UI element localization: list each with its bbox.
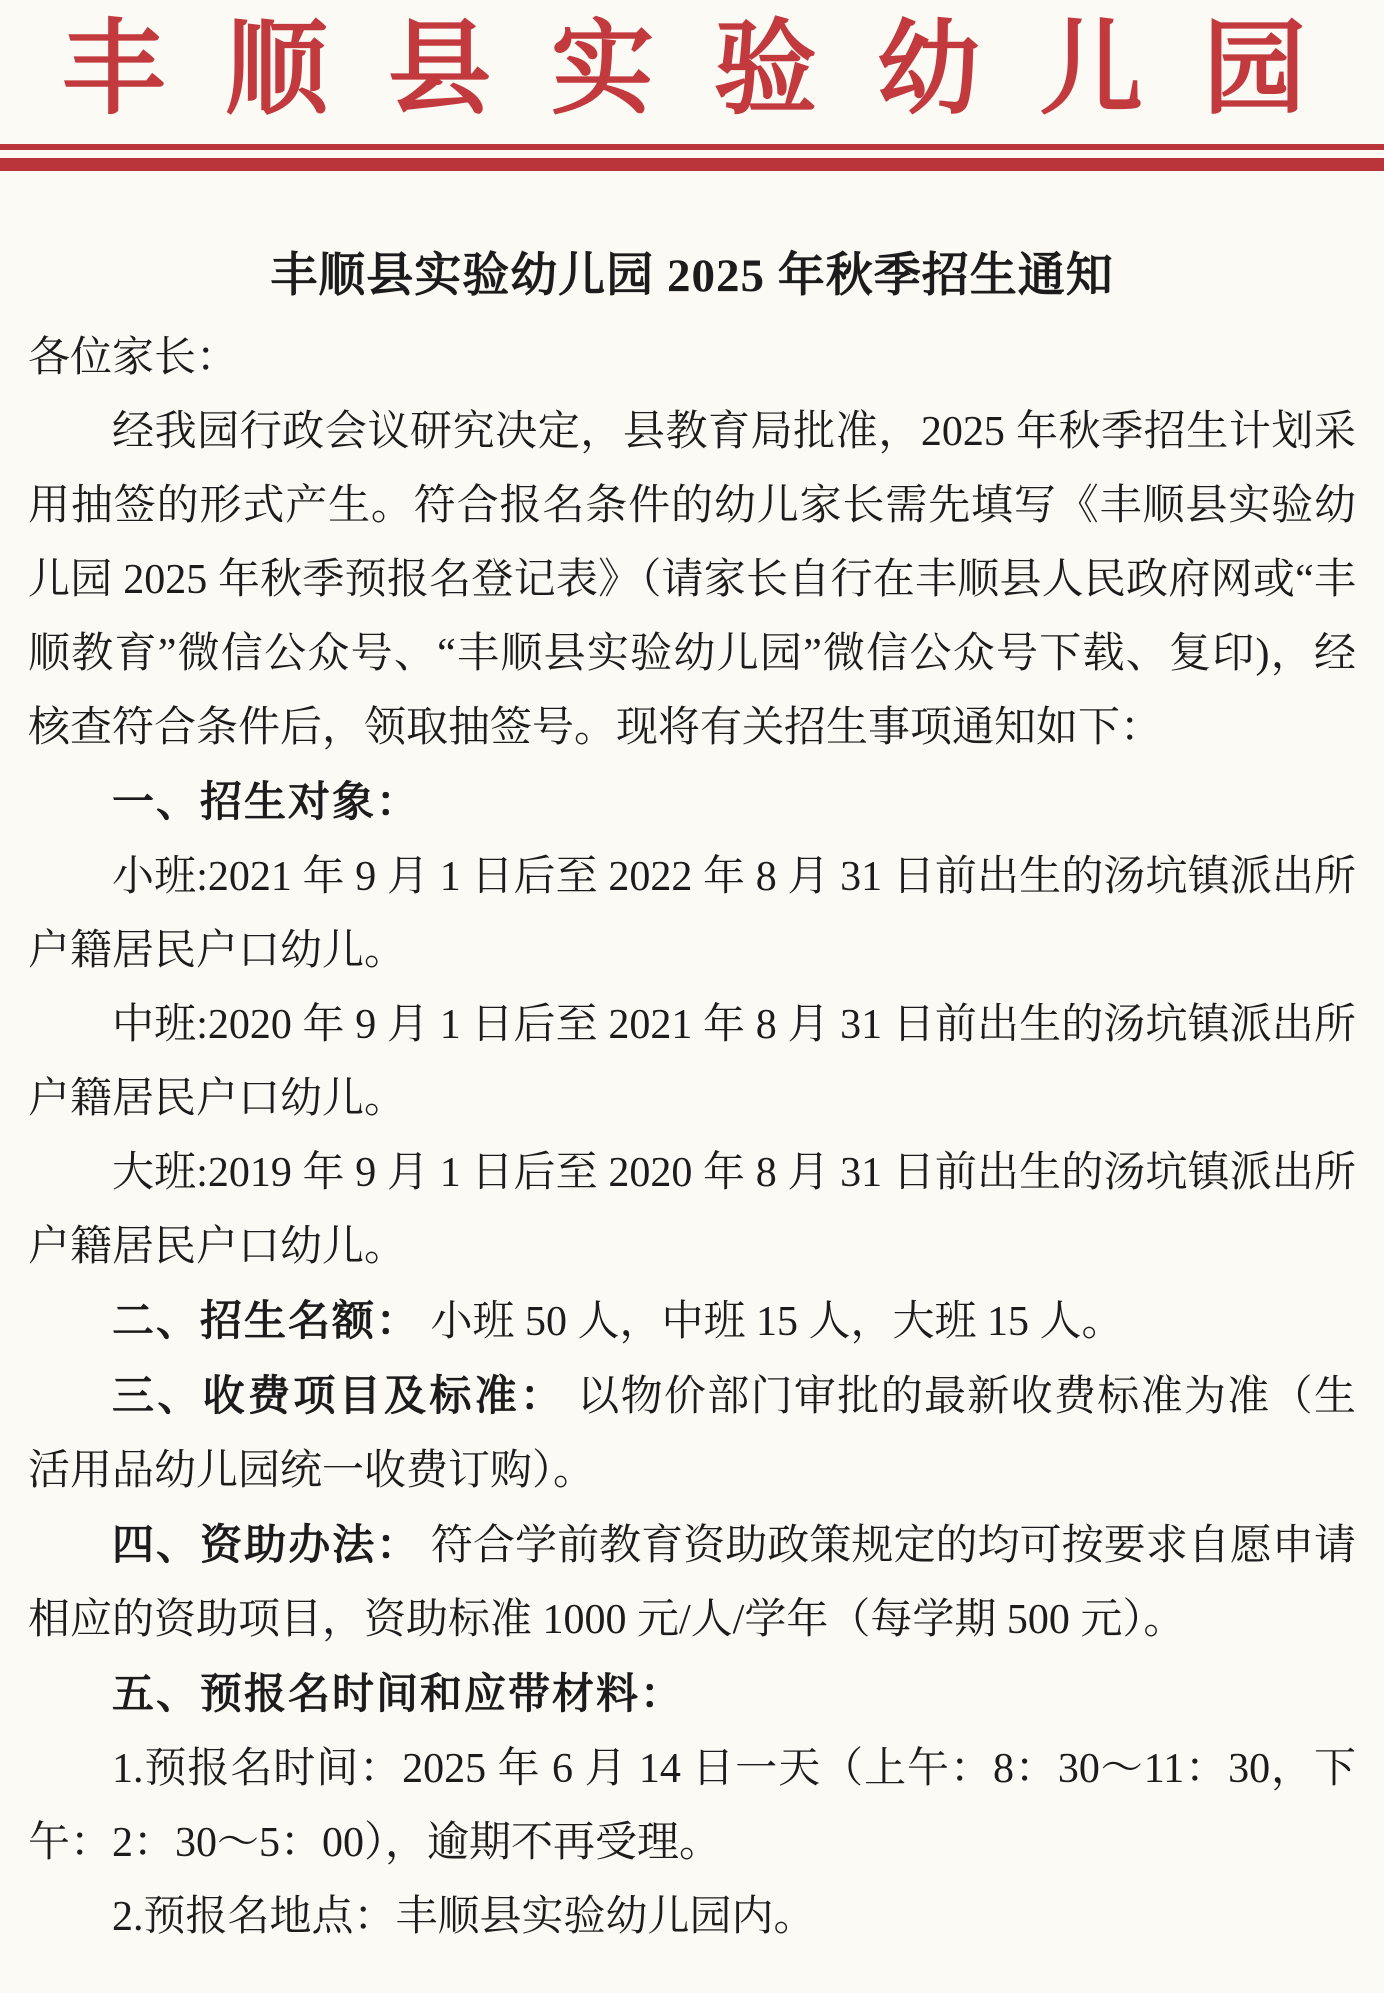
section2-heading-label: 二、招生名额： bbox=[112, 1297, 420, 1344]
letterhead-rule-thick bbox=[0, 158, 1384, 171]
section1-heading: 一、招生对象： bbox=[28, 765, 1356, 840]
section3-heading-label: 三、收费项目及标准： bbox=[112, 1372, 565, 1419]
section1-item-zhongban: 中班:2020 年 9 月 1 日后至 2021 年 8 月 31 日前出生的汤… bbox=[28, 988, 1356, 1136]
section1-item-daban: 大班:2019 年 9 月 1 日后至 2020 年 8 月 31 日前出生的汤… bbox=[28, 1136, 1356, 1284]
section4-heading-label: 四、资助办法： bbox=[112, 1521, 420, 1568]
section1-item-xiaoban: 小班:2021 年 9 月 1 日后至 2022 年 8 月 31 日前出生的汤… bbox=[28, 840, 1356, 988]
salutation: 各位家长： bbox=[28, 321, 1356, 395]
notice-body: 丰顺县实验幼儿园 2025 年秋季招生通知 各位家长： 经我园行政会议研究决定，… bbox=[0, 241, 1384, 1954]
section5-item-place: 2.预报名地点：丰顺县实验幼儿园内。 bbox=[28, 1880, 1356, 1954]
notice-title: 丰顺县实验幼儿园 2025 年秋季招生通知 bbox=[28, 241, 1356, 311]
section5-item-time: 1.预报名时间：2025 年 6 月 14 日一天（上午：8：30～11：30，… bbox=[28, 1732, 1356, 1880]
section2-paragraph: 二、招生名额： 小班 50 人，中班 15 人，大班 15 人。 bbox=[28, 1284, 1356, 1359]
section1-heading-label: 一、招生对象： bbox=[112, 778, 420, 825]
section2-body-text: 小班 50 人，中班 15 人，大班 15 人。 bbox=[431, 1299, 1124, 1345]
section3-paragraph: 三、收费项目及标准： 以物价部门审批的最新收费标准为准（生活用品幼儿园统一收费订… bbox=[28, 1359, 1356, 1508]
section4-paragraph: 四、资助办法： 符合学前教育资助政策规定的均可按要求自愿申请相应的资助项目，资助… bbox=[28, 1508, 1356, 1657]
letterhead-school-name: 丰顺县实验幼儿园 bbox=[0, 4, 1384, 136]
notice-page: 丰顺县实验幼儿园 丰顺县实验幼儿园 2025 年秋季招生通知 各位家长： 经我园… bbox=[0, 0, 1384, 1993]
intro-paragraph: 经我园行政会议研究决定，县教育局批准，2025 年秋季招生计划采用抽签的形式产生… bbox=[28, 395, 1356, 765]
letterhead: 丰顺县实验幼儿园 bbox=[0, 0, 1384, 171]
section5-heading: 五、预报名时间和应带材料： bbox=[28, 1657, 1356, 1732]
section5-heading-label: 五、预报名时间和应带材料： bbox=[112, 1670, 684, 1717]
letterhead-rule-thin bbox=[0, 144, 1384, 150]
